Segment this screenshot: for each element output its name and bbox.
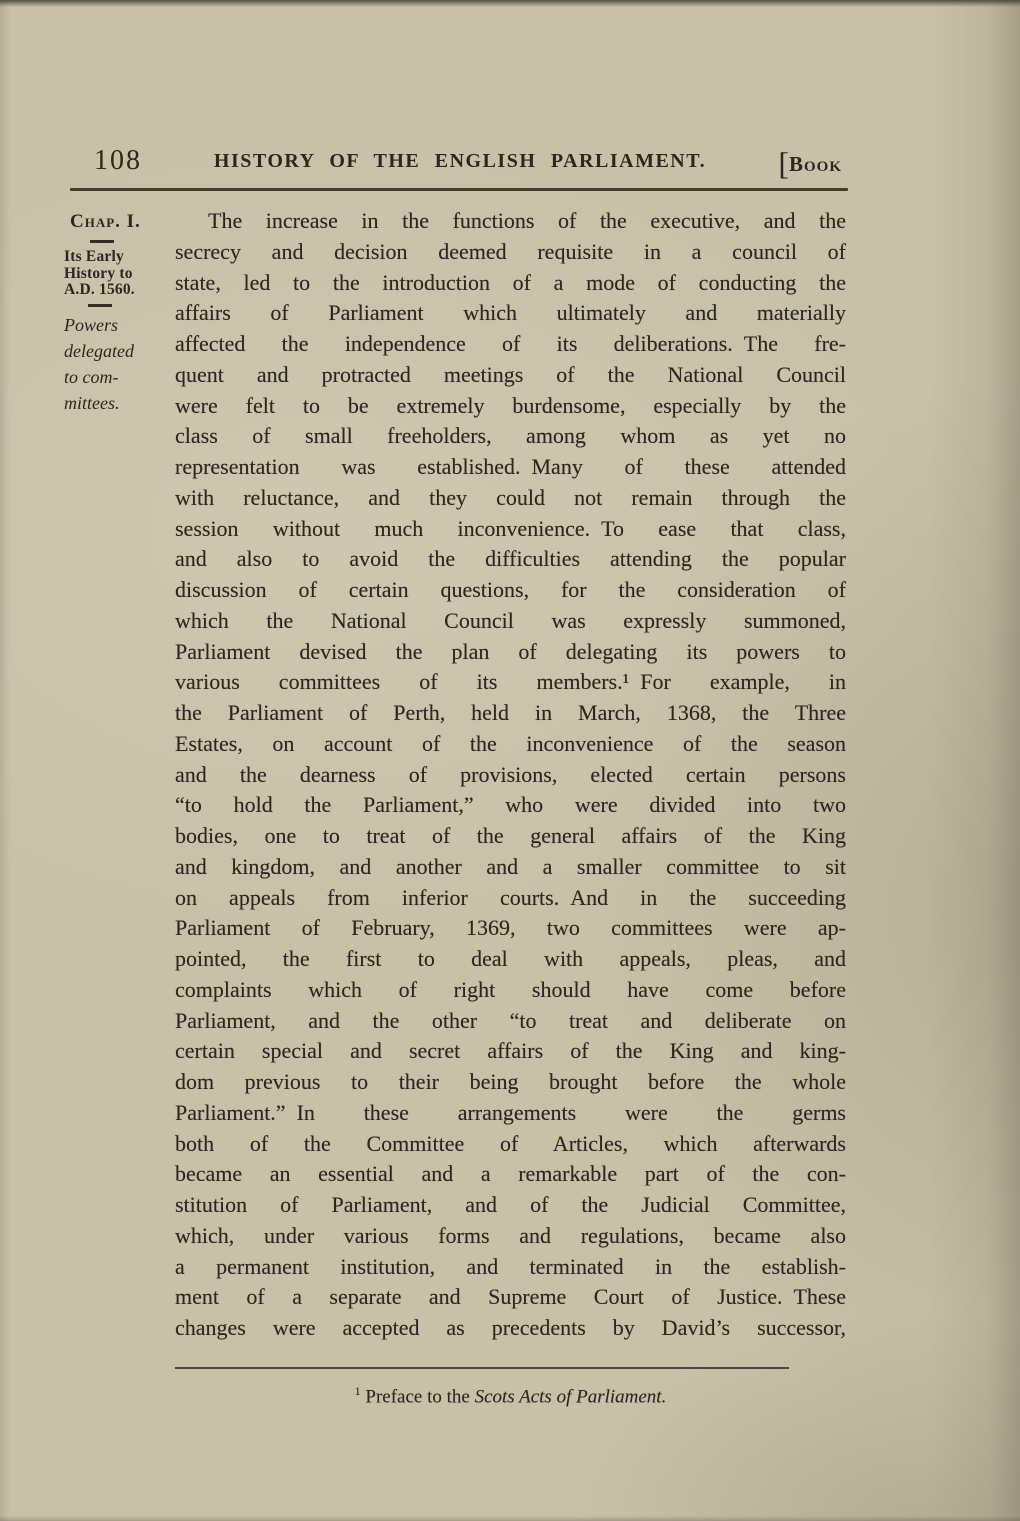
footnote-text: Preface to the — [361, 1386, 475, 1407]
sidenote-line: History to — [64, 266, 170, 283]
body-text-line: discussion of certain questions, for the… — [175, 575, 846, 606]
book-page-scan: 108 HISTORY OF THE ENGLISH PARLIAMENT. [… — [0, 0, 1020, 1521]
body-text-line: bodies, one to treat of the general affa… — [175, 821, 846, 852]
sidenote-line: delegated — [64, 338, 170, 364]
body-text-line: which the National Council was expressly… — [175, 606, 846, 637]
body-text-line: secrecy and decision deemed requisite in… — [175, 237, 846, 268]
body-text-line: state, led to the introduction of a mode… — [175, 268, 846, 299]
body-text-line: class of small freeholders, among whom a… — [175, 421, 846, 452]
body-text-line: Parliament of February, 1369, two commit… — [175, 913, 846, 944]
body-text-line: with reluctance, and they could not rema… — [175, 483, 846, 514]
body-text-line: Parliament, and the other “to treat and … — [175, 1006, 846, 1037]
footnote-italic-title: Scots Acts of Parliament. — [475, 1386, 667, 1407]
body-text-line: ment of a separate and Supreme Court of … — [175, 1282, 846, 1313]
body-text-line: various committees of its members.¹ For … — [175, 667, 846, 698]
sidenote-line: A.D. 1560. — [64, 282, 170, 299]
sidenote-line: Its Early — [64, 249, 170, 266]
body-text-line: pointed, the first to deal with appeals,… — [175, 944, 846, 975]
body-text-line: The increase in the functions of the exe… — [175, 206, 846, 237]
footnote: 1 Preface to the Scots Acts of Parliamen… — [175, 1384, 846, 1408]
body-text-line: a permanent institution, and terminated … — [175, 1252, 846, 1283]
margin-rule — [88, 304, 112, 307]
body-text-line: session without much inconvenience. To e… — [175, 514, 846, 545]
body-text-line: on appeals from inferior courts. And in … — [175, 883, 846, 914]
body-text-line: affected the independence of its deliber… — [175, 329, 846, 360]
body-text-line: “to hold the Parliament,” who were divid… — [175, 790, 846, 821]
body-text-line: which, under various forms and regulatio… — [175, 1221, 846, 1252]
margin-notes-column: Chap. I. Its EarlyHistory toA.D. 1560. P… — [64, 211, 170, 416]
book-marker-word: Book — [789, 152, 842, 176]
book-marker-bracket: [ — [778, 145, 789, 181]
body-text-line: representation was established. Many of … — [175, 452, 846, 483]
body-text-line: were felt to be extremely burdensome, es… — [175, 391, 846, 422]
footnote-rule — [175, 1367, 789, 1369]
sidenote-line: mittees. — [64, 390, 170, 416]
chapter-label: Chap. I. — [64, 211, 170, 233]
body-text-line: and the dearness of provisions, elected … — [175, 760, 846, 791]
body-text-line: the Parliament of Perth, held in March, … — [175, 698, 846, 729]
sidenote-line: Powers — [64, 312, 170, 338]
body-text-line: quent and protracted meetings of the Nat… — [175, 360, 846, 391]
body-text-line: and also to avoid the difficulties atten… — [175, 544, 846, 575]
book-marker: [Book — [778, 145, 842, 182]
body-text-line: both of the Committee of Articles, which… — [175, 1129, 846, 1160]
page-header: 108 HISTORY OF THE ENGLISH PARLIAMENT. [… — [72, 145, 848, 183]
body-text-line: dom previous to their being brought befo… — [175, 1067, 846, 1098]
body-text-line: complaints which of right should have co… — [175, 975, 846, 1006]
body-text-line: affairs of Parliament which ultimately a… — [175, 298, 846, 329]
body-text-block: The increase in the functions of the exe… — [175, 206, 846, 1344]
body-text-line: Estates, on account of the inconvenience… — [175, 729, 846, 760]
body-text-line: Parliament devised the plan of delegatin… — [175, 637, 846, 668]
body-text-line: changes were accepted as precedents by D… — [175, 1313, 846, 1344]
sidenote-line: to com- — [64, 364, 170, 390]
body-text-line: stitution of Parliament, and of the Judi… — [175, 1190, 846, 1221]
sidenote-powers-delegated: Powersdelegatedto com-mittees. — [64, 312, 170, 416]
body-text-line: Parliament.” In these arrangements were … — [175, 1098, 846, 1129]
running-title: HISTORY OF THE ENGLISH PARLIAMENT. — [72, 150, 848, 173]
header-rule — [70, 188, 848, 191]
body-text-line: became an essential and a remarkable par… — [175, 1159, 846, 1190]
body-text-line: and kingdom, and another and a smaller c… — [175, 852, 846, 883]
sidenote-early-history: Its EarlyHistory toA.D. 1560. — [64, 249, 170, 299]
body-text-line: certain special and secret affairs of th… — [175, 1036, 846, 1067]
margin-rule — [90, 240, 114, 243]
